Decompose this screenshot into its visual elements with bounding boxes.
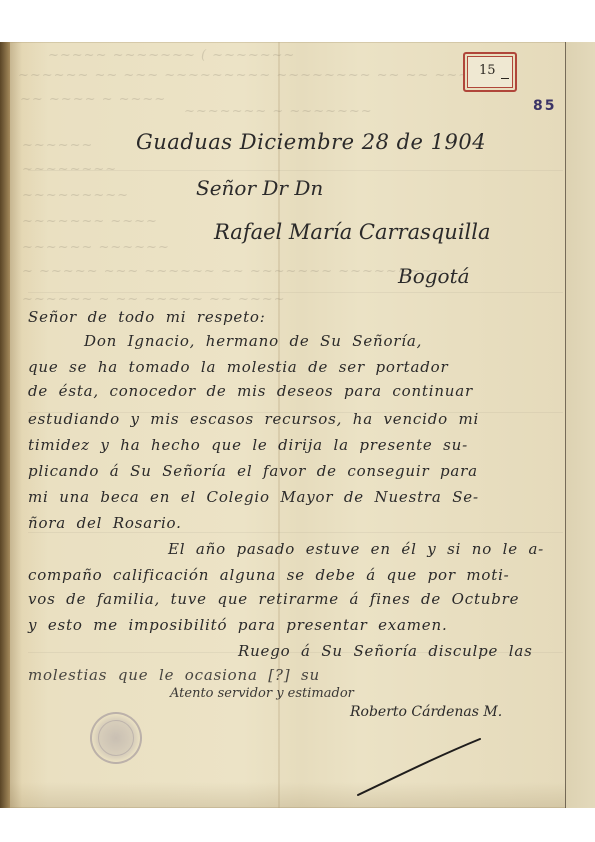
body-line: y esto me imposibilitó para presentar ex… (28, 616, 448, 634)
bleed-through-texture: ~~~~~~ ~~~~~~ (22, 240, 170, 255)
bleed-through-texture: ~~~~~~ ~~ ~~~ ~~~~~~~~~ ~~~~~~~~ ~~ ~~ ~… (18, 68, 470, 83)
body-line: mi una beca en el Colegio Mayor de Nuest… (28, 488, 479, 506)
bleed-through-texture: ~~~~~~ ~ ~~ ~~~~~ ~~ ~~~~ (22, 292, 286, 307)
folio-number: 15 (479, 63, 496, 78)
bleed-through-texture: ~ ~~~~~ ~~~ ~~~~~~ ~~ ~~~~~~~ ~~~~~~~~~ (22, 264, 445, 279)
right-margin-strip (566, 42, 595, 808)
body-line: plicando á Su Señoría el favor de conseg… (28, 462, 478, 480)
body-line: ñora del Rosario. (28, 514, 182, 532)
body-line: que se ha tomado la molestia de ser port… (28, 358, 448, 376)
signature-closing: Atento servidor y estimador (170, 686, 354, 701)
document-page: ~~~~~ ~~~~~~~ ( ~~~~~~~ ~~~~~~ ~~ ~~~ ~~… (8, 42, 595, 808)
body-line: Ruego á Su Señoría disculpe las (238, 642, 533, 660)
bleed-through-texture: ~~~~~ ~~~~~~~ ( ~~~~~~~ (48, 48, 295, 63)
bleed-through-texture: ~~~~~~~~ (22, 162, 117, 177)
bleed-through-texture: ~~~~~~~ ~~~~ (22, 214, 158, 229)
body-line: timidez y ha hecho que le dirija la pres… (28, 436, 468, 454)
margin-rule-line (565, 42, 566, 808)
body-line: El año pasado estuve en él y si no le a- (168, 540, 544, 558)
folio-dash (501, 78, 509, 79)
body-line: estudiando y mis escasos recursos, ha ve… (28, 410, 479, 428)
bleed-through-texture: ~~ ~~~~ ~ ~~~~ (20, 92, 166, 107)
body-line: de ésta, conocedor de mis deseos para co… (28, 382, 473, 400)
body-line: compaño calificación alguna se debe á qu… (28, 566, 510, 584)
signature-name: Roberto Cárdenas M. (350, 704, 502, 720)
pen-flourish-stroke (356, 737, 486, 799)
archive-seal-icon (90, 712, 142, 764)
body-line: molestias que le ocasiona [?] su (28, 666, 320, 684)
binding-edge (0, 42, 10, 808)
folio-number-box: 15 (463, 52, 517, 92)
bleed-through-texture: ~~~~~~~~~ (22, 188, 129, 203)
page-stamp-number: 85 (533, 98, 556, 114)
body-line: Señor de todo mi respeto: (28, 308, 266, 326)
body-line: vos de familia, tuve que retirarme á fin… (28, 590, 519, 608)
addressee-city: Bogotá (398, 264, 470, 288)
bleed-through-texture: ~~~~~~ (22, 138, 93, 153)
date-line: Guaduas Diciembre 28 de 1904 (136, 130, 486, 154)
body-line: Don Ignacio, hermano de Su Señoría, (84, 332, 422, 350)
bleed-through-texture: ~~~~~~~ ~ ~~~~~~~ (184, 104, 373, 119)
addressee-name: Rafael María Carrasquilla (214, 220, 491, 244)
ruled-line (28, 532, 563, 533)
salutation-title: Señor Dr Dn (196, 176, 323, 200)
